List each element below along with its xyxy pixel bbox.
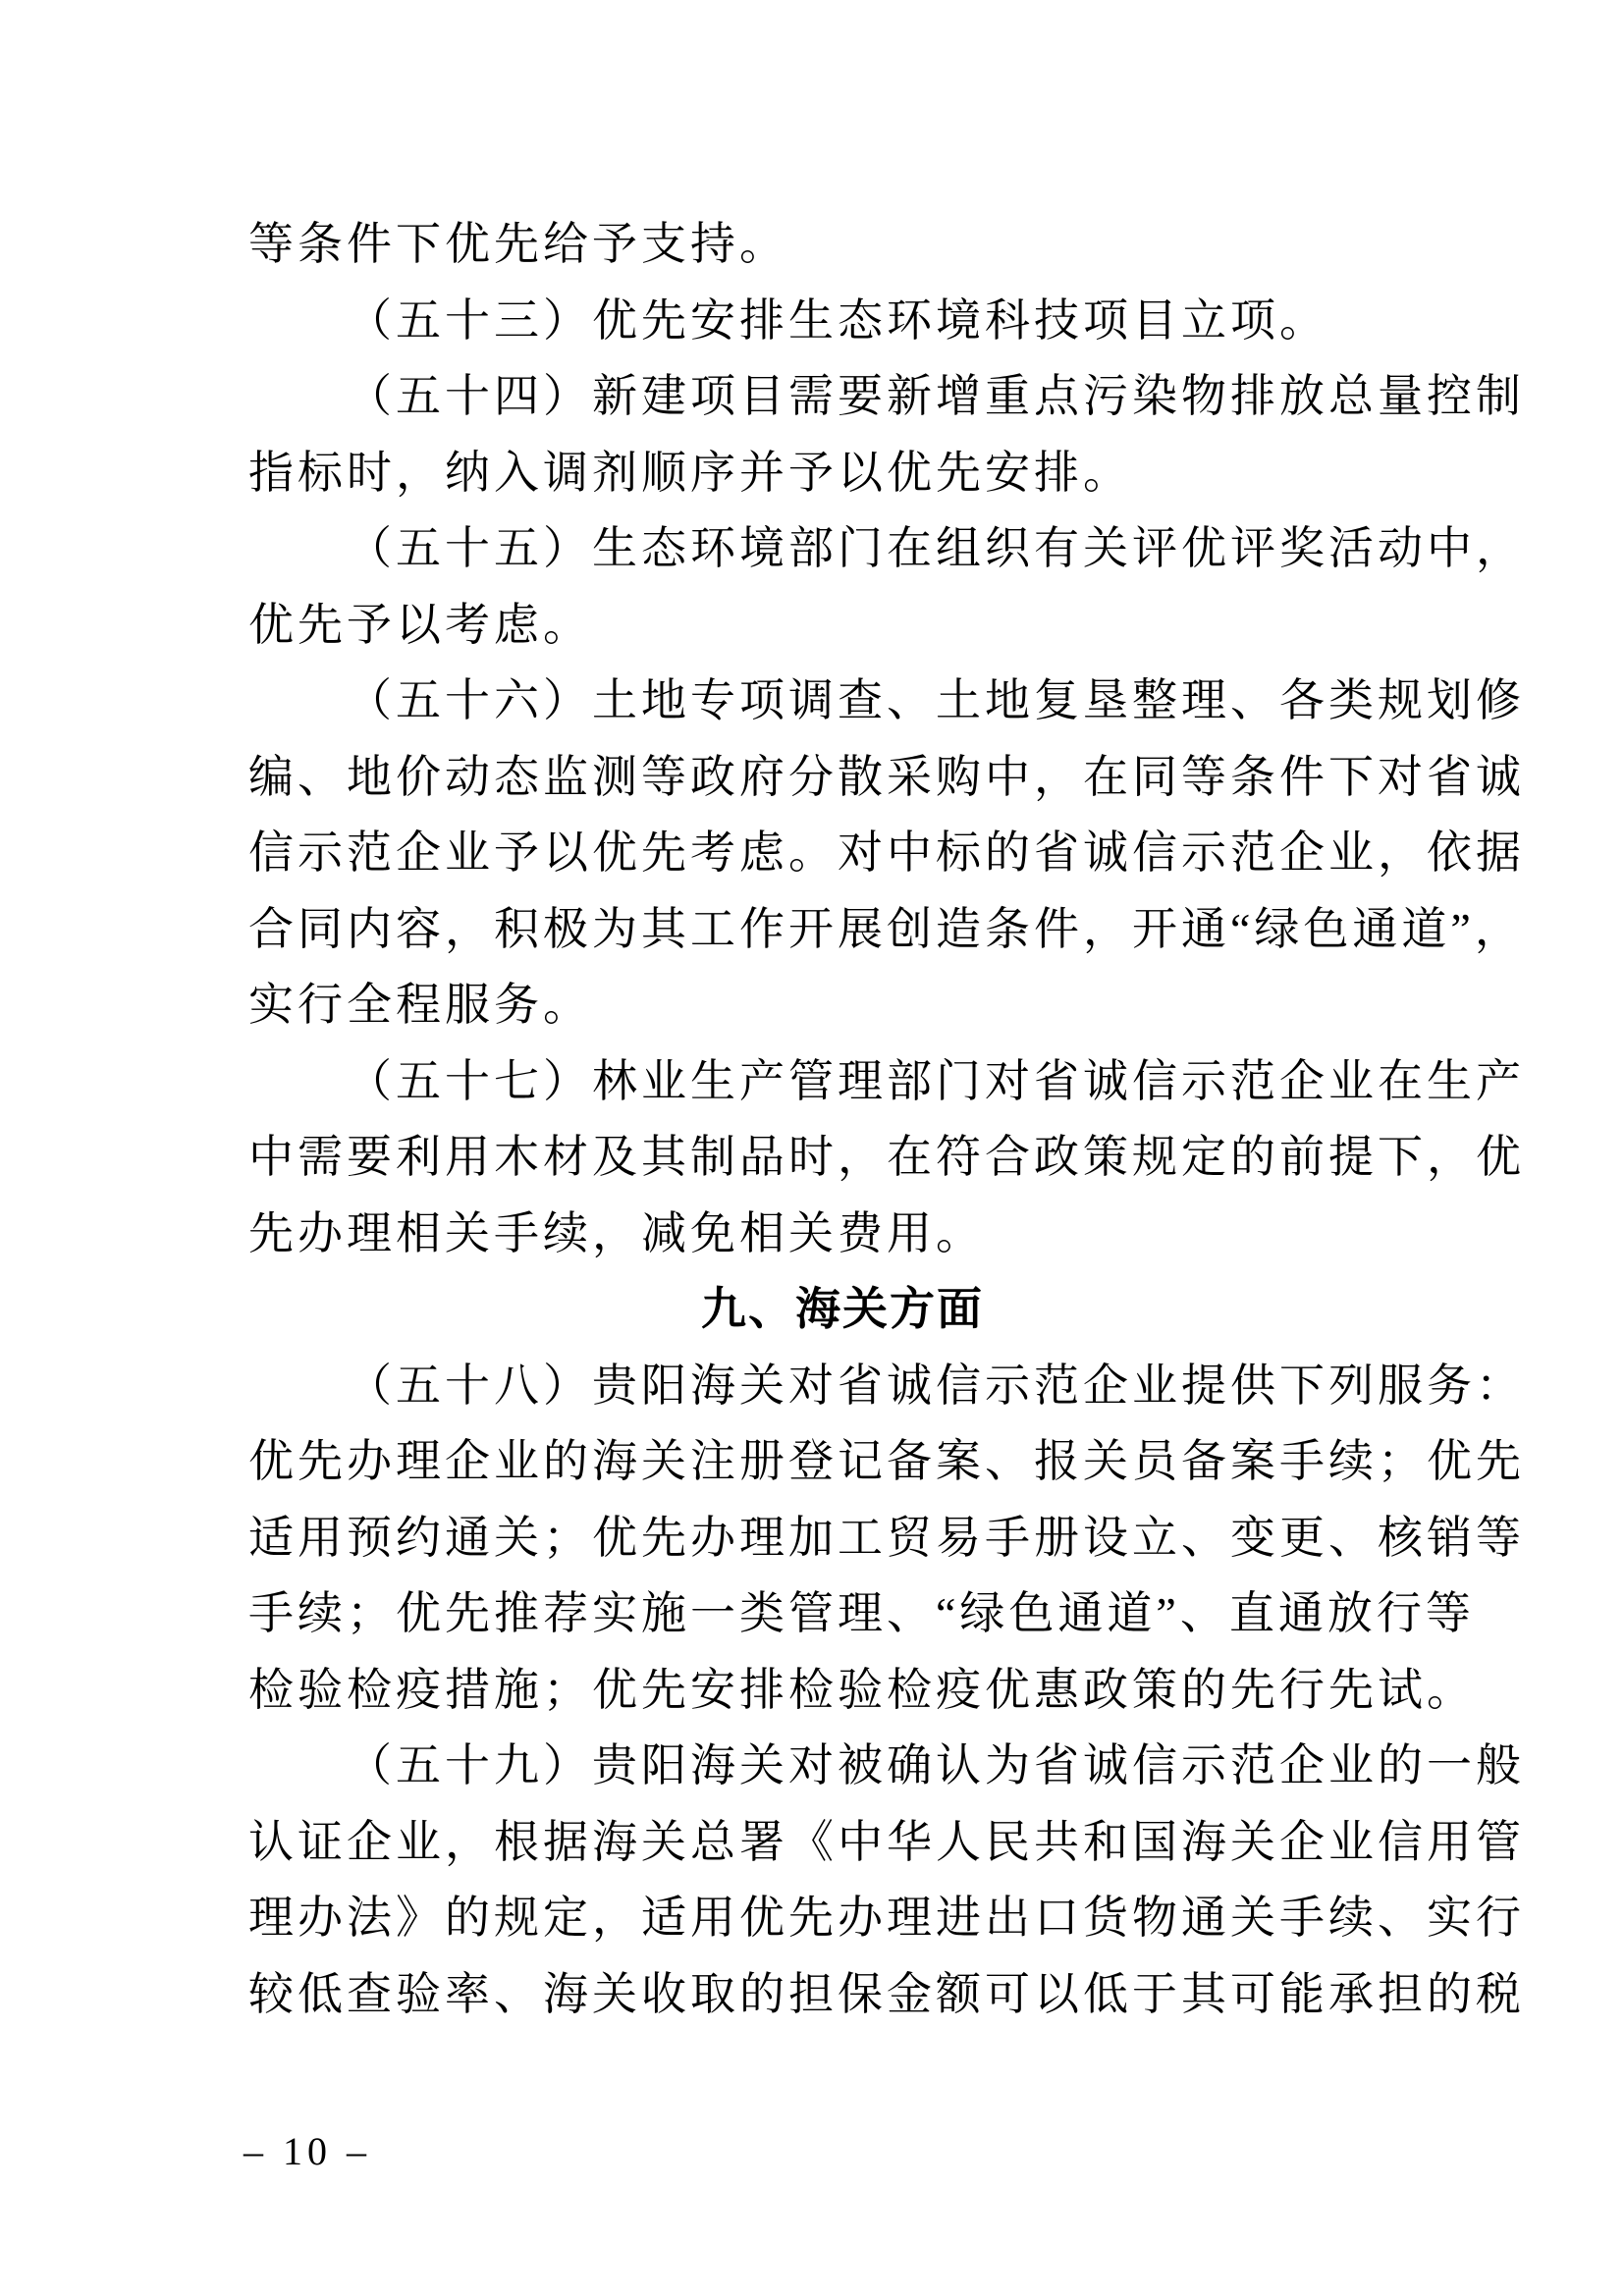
text-line: （五十六）土地专项调查、土地复垦整理、各类规划修 (248, 663, 1436, 739)
text-line: （五十四）新建项目需要新增重点污染物排放总量控制 (248, 358, 1436, 435)
text-line: （五十七）林业生产管理部门对省诚信示范企业在生产 (248, 1043, 1436, 1120)
text-line: 信示范企业予以优先考虑。对中标的省诚信示范企业，依据 (248, 815, 1436, 891)
text-line: 实行全程服务。 (248, 967, 1436, 1043)
document-page: 等条件下优先给予支持。（五十三）优先安排生态环境科技项目立项。（五十四）新建项目… (0, 0, 1624, 2296)
text-line: 等条件下优先给予支持。 (248, 206, 1436, 283)
page-footer: – 10 – (244, 2122, 371, 2181)
text-line: 先办理相关手续，减免相关费用。 (248, 1196, 1436, 1272)
text-line: 优先办理企业的海关注册登记备案、报关员备案手续；优先 (248, 1423, 1436, 1500)
text-line: 适用预约通关；优先办理加工贸易手册设立、变更、核销等 (248, 1500, 1436, 1576)
page-number: – 10 – (244, 2129, 371, 2173)
text-line: （五十八）贵阳海关对省诚信示范企业提供下列服务： (248, 1348, 1436, 1424)
text-line: 理办法》的规定，适用优先办理进出口货物通关手续、实行 (248, 1880, 1436, 1956)
text-line: 检验检疫措施；优先安排检验检疫优惠政策的先行先试。 (248, 1652, 1436, 1729)
document-body: 等条件下优先给予支持。（五十三）优先安排生态环境科技项目立项。（五十四）新建项目… (248, 206, 1436, 2032)
text-line: （五十九）贵阳海关对被确认为省诚信示范企业的一般 (248, 1728, 1436, 1804)
text-line: 认证企业，根据海关总署《中华人民共和国海关企业信用管 (248, 1804, 1436, 1881)
text-line: 较低查验率、海关收取的担保金额可以低于其可能承担的税 (248, 1956, 1436, 2033)
text-line: 编、地价动态监测等政府分散采购中，在同等条件下对省诚 (248, 739, 1436, 816)
text-line: 合同内容，积极为其工作开展创造条件，开通“绿色通道”， (248, 891, 1436, 968)
text-line: 指标时，纳入调剂顺序并予以优先安排。 (248, 435, 1436, 511)
text-line: （五十三）优先安排生态环境科技项目立项。 (248, 283, 1436, 359)
text-line: （五十五）生态环境部门在组织有关评优评奖活动中， (248, 510, 1436, 587)
text-line: 手续；优先推荐实施一类管理、“绿色通道”、直通放行等 (248, 1575, 1436, 1652)
section-heading: 九、海关方面 (248, 1271, 1436, 1348)
text-line: 优先予以考虑。 (248, 587, 1436, 664)
text-line: 中需要利用木材及其制品时，在符合政策规定的前提下，优 (248, 1119, 1436, 1196)
